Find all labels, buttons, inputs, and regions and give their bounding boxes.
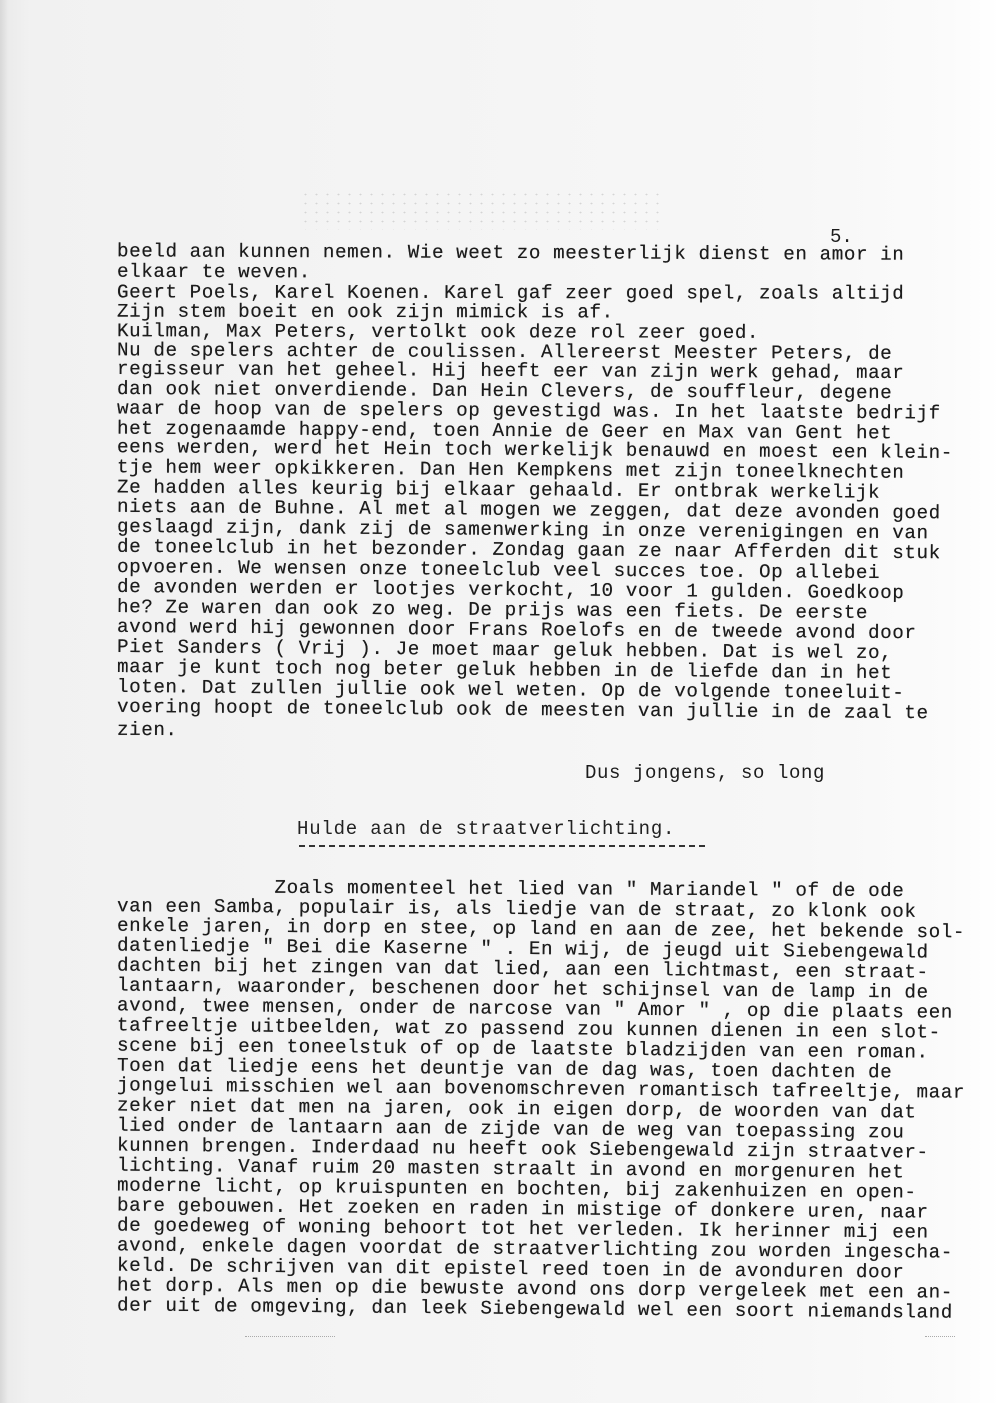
signoff: Dus jongens, so long	[585, 762, 825, 784]
footer-dot-marks	[925, 1336, 955, 1339]
section-1-body: beeld aan kunnen nemen. Wie weet zo mees…	[117, 244, 165, 838]
page-edge-shadow	[0, 0, 8, 1403]
text-line: der uit de omgeving, dan leek Siebengewa…	[117, 1296, 953, 1322]
footer-dot-marks	[245, 1336, 335, 1339]
bleed-through-marks	[300, 190, 660, 230]
text-line: elkaar te weven.	[117, 263, 311, 283]
section-2-body: Zoals momenteel het lied van " Mariandel…	[117, 868, 165, 1396]
text-line: zien.	[117, 721, 178, 741]
scanned-page: 5. beeld aan kunnen nemen. Wie weet zo m…	[0, 0, 1000, 1403]
text-line: voering hoopt de toneelclub ook de meest…	[117, 698, 929, 724]
section-2-title: Hulde aan de straatverlichting.	[297, 818, 675, 840]
title-underline	[299, 845, 705, 847]
